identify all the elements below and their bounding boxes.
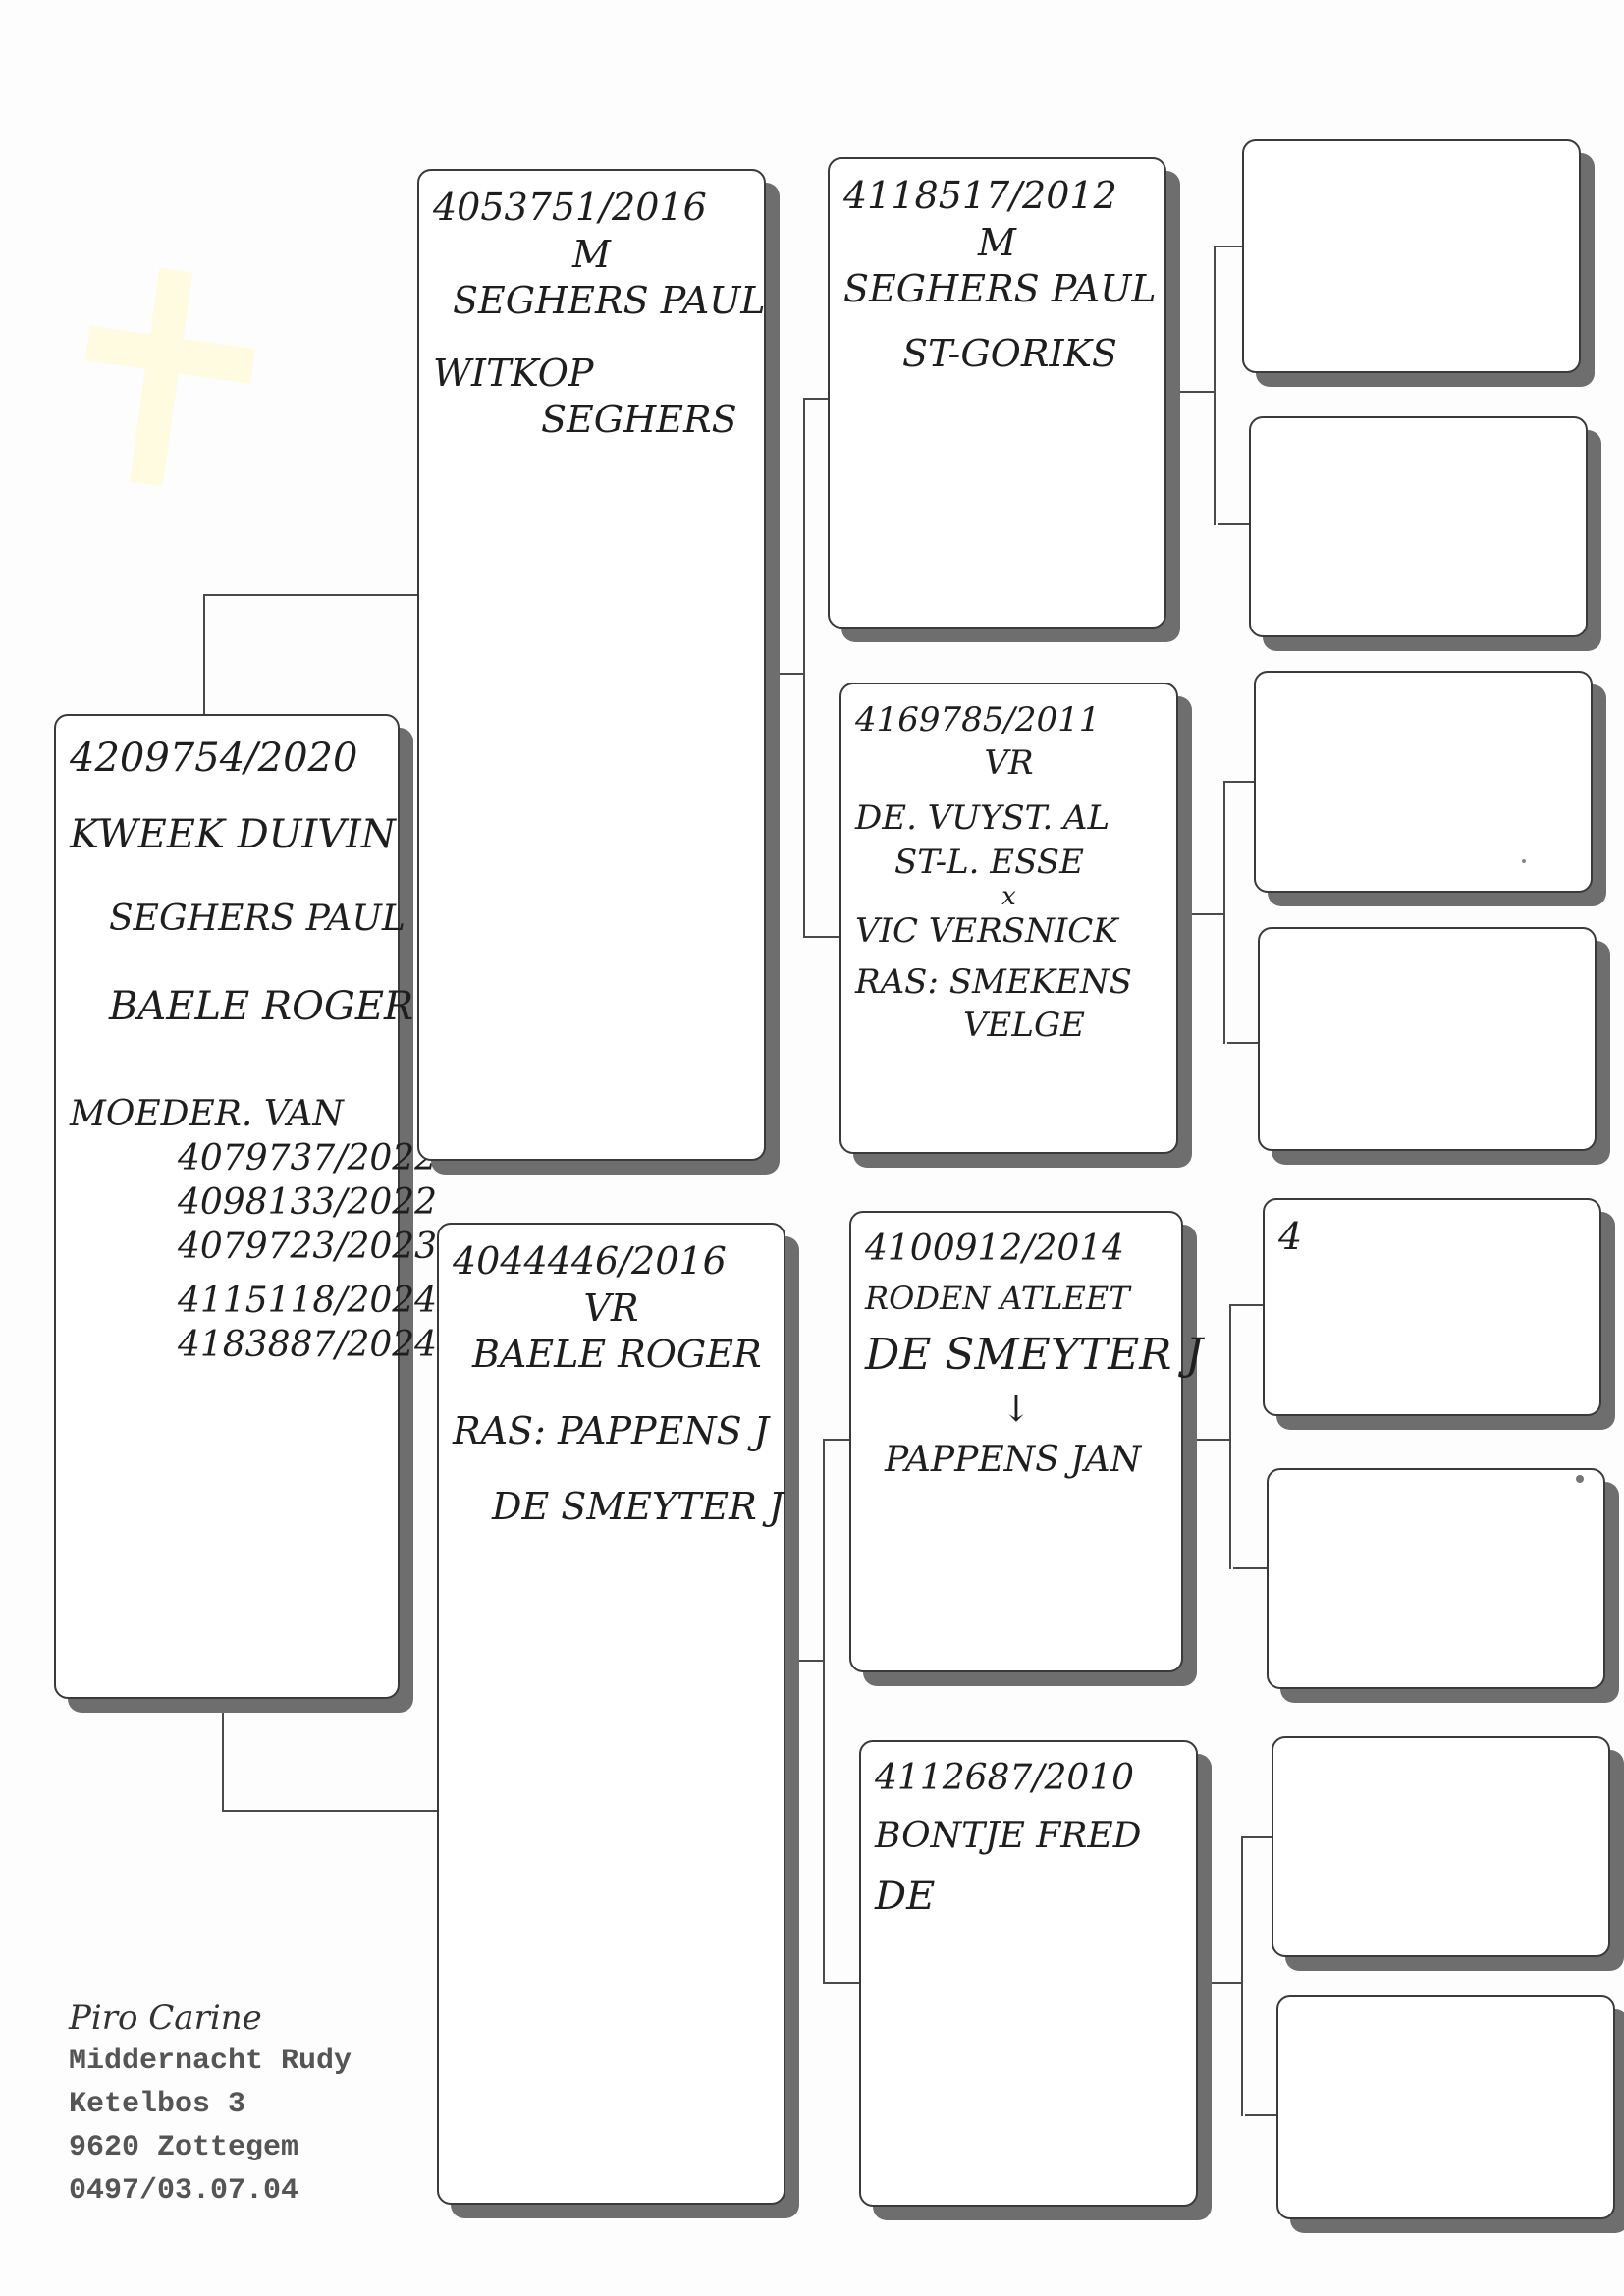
connector — [1188, 913, 1225, 915]
connector — [1241, 1836, 1274, 1838]
connector — [1229, 1304, 1231, 1569]
great-grandparent-card-2[interactable] — [1249, 416, 1588, 637]
pgf-ring: 4118517/2012 — [843, 173, 1151, 220]
great-grandparent-card-7[interactable] — [1272, 1736, 1610, 1957]
mgf-breeder: DE SMEYTER J — [865, 1328, 1167, 1382]
connector — [795, 1660, 825, 1662]
offspring-ring: 4183887/2024 — [70, 1323, 384, 1367]
breeder-street: Ketelbos 3 — [69, 2083, 352, 2126]
connector — [203, 594, 424, 596]
connector — [1178, 391, 1216, 393]
connector — [823, 1439, 852, 1441]
connector — [1214, 246, 1216, 525]
pgf-sex: M — [843, 220, 1151, 267]
mgf-name: RODEN ATLEET — [865, 1279, 1167, 1318]
maternal-grandfather-card[interactable]: 4100912/2014 RODEN ATLEET DE SMEYTER J ↓… — [849, 1211, 1183, 1672]
father-strain: WITKOP — [433, 351, 750, 398]
great-grandparent-card-1[interactable] — [1242, 139, 1581, 373]
mother-ring: 4044446/2016 — [453, 1238, 770, 1285]
paternal-grandfather-card[interactable]: 4118517/2012 M SEGHERS PAUL ST-GORIKS — [828, 157, 1166, 629]
maternal-grandmother-card[interactable]: 4112687/2010 BONTJE FRED DE — [859, 1740, 1198, 2207]
connector — [1227, 1042, 1261, 1044]
mgf-strain: PAPPENS JAN — [865, 1438, 1167, 1482]
mgm-ring: 4112687/2010 — [875, 1756, 1182, 1800]
pgm-sex: VR — [855, 741, 1163, 785]
connector — [803, 398, 805, 938]
connector — [776, 673, 805, 675]
pgm-breeder: DE. VUYST. AL — [855, 796, 1163, 840]
connector — [1245, 2114, 1278, 2116]
mother-sex: VR — [453, 1285, 770, 1333]
connector — [823, 1439, 825, 1984]
offspring-ring: 4115118/2024 — [70, 1279, 384, 1323]
connector — [1218, 523, 1251, 525]
gg-text: 4 — [1278, 1214, 1586, 1261]
father-ring: 4053751/2016 — [433, 185, 750, 232]
pgm-line-4: VIC VERSNICK — [855, 909, 1163, 953]
offspring-ring: 4079737/2022 — [70, 1136, 384, 1180]
connector — [1223, 781, 1225, 1044]
subject-owner: BAELE ROGER — [70, 982, 384, 1031]
arrow-down-icon: ↓ — [865, 1388, 1167, 1432]
connector — [222, 1704, 224, 1812]
great-grandparent-card-6[interactable] — [1267, 1468, 1605, 1689]
speck — [1522, 859, 1526, 863]
great-grandparent-card-3[interactable] — [1254, 671, 1593, 893]
subject-ring: 4209754/2020 — [70, 734, 384, 783]
pgm-place: ST-L. ESSE — [855, 841, 1163, 884]
breeder-city: 9620 Zottegem — [69, 2126, 352, 2169]
breeder-phone: 0497/03.07.04 — [69, 2169, 352, 2213]
connector — [1208, 1982, 1243, 1984]
signature: Piro Carine — [69, 1998, 352, 2038]
pgm-strain: RAS: SMEKENS — [855, 960, 1163, 1004]
offspring-ring: 4079723/2023 — [70, 1225, 384, 1269]
speck — [1576, 1475, 1584, 1483]
connector — [823, 1982, 862, 1984]
pedigree-page: 4209754/2020 KWEEK DUIVIN SEGHERS PAUL B… — [0, 0, 1624, 2296]
great-grandparent-card-8[interactable] — [1276, 1995, 1615, 2219]
paternal-grandmother-card[interactable]: 4169785/2011 VR DE. VUYST. AL ST-L. ESSE… — [839, 683, 1178, 1154]
pgf-breeder: SEGHERS PAUL — [843, 266, 1151, 313]
connector — [1193, 1439, 1230, 1441]
connector — [1214, 246, 1245, 247]
father-sex: M — [433, 232, 750, 279]
pgf-strain: ST-GORIKS — [843, 331, 1151, 378]
subject-breeder: SEGHERS PAUL — [70, 897, 384, 941]
connector — [803, 936, 842, 938]
mother-strain-2: DE SMEYTER J — [453, 1484, 770, 1531]
subject-card[interactable]: 4209754/2020 KWEEK DUIVIN SEGHERS PAUL B… — [54, 714, 400, 1699]
cross-icon — [70, 259, 265, 497]
father-breeder: SEGHERS PAUL — [433, 278, 750, 325]
pgm-ring: 4169785/2011 — [855, 698, 1163, 741]
father-card[interactable]: 4053751/2016 M SEGHERS PAUL WITKOP SEGHE… — [417, 169, 766, 1161]
mother-strain: RAS: PAPPENS J — [453, 1408, 770, 1455]
great-grandparent-card-4[interactable] — [1258, 927, 1597, 1151]
offspring-ring: 4098133/2022 — [70, 1180, 384, 1225]
subject-name: KWEEK DUIVIN — [70, 810, 384, 859]
connector — [203, 594, 205, 717]
mother-card[interactable]: 4044446/2016 VR BAELE ROGER RAS: PAPPENS… — [437, 1223, 785, 2205]
mgm-name: BONTJE FRED — [875, 1814, 1182, 1858]
mgm-breeder: DE — [875, 1872, 1182, 1921]
connector — [222, 1810, 443, 1812]
mother-of-label: MOEDER. VAN — [70, 1092, 384, 1136]
connector — [1241, 1836, 1243, 2116]
breeder-name: Middernacht Rudy — [69, 2040, 352, 2083]
great-grandparent-card-5[interactable]: 4 — [1263, 1198, 1601, 1416]
breeder-address-block: Piro Carine Middernacht Rudy Ketelbos 3 … — [69, 1998, 352, 2213]
connector — [1223, 781, 1257, 783]
mgf-ring: 4100912/2014 — [865, 1227, 1167, 1271]
connector — [1229, 1304, 1263, 1306]
father-strain-2: SEGHERS — [433, 397, 750, 444]
mother-breeder: BAELE ROGER — [453, 1332, 770, 1379]
pgm-cross: x — [855, 884, 1163, 909]
connector — [1233, 1567, 1267, 1569]
pgm-strain-2: VELGE — [855, 1004, 1163, 1047]
